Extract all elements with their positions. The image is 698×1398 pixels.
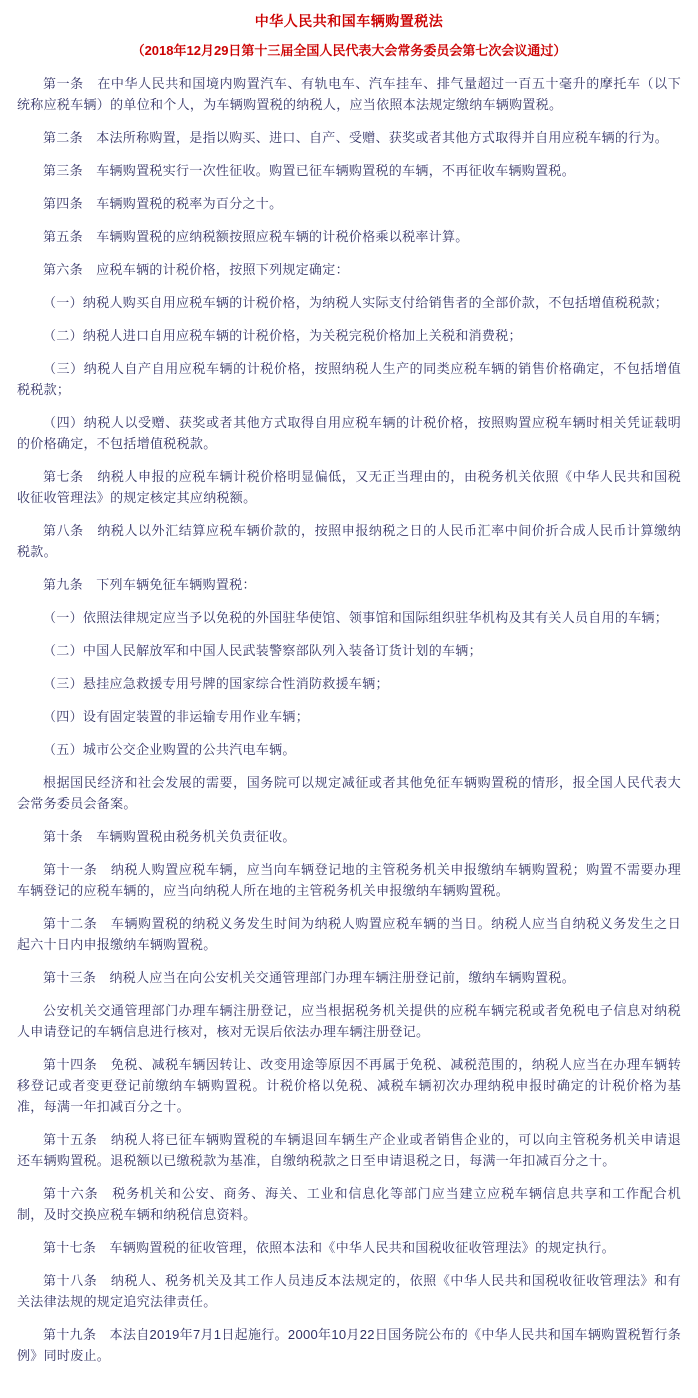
law-paragraph: （二）中国人民解放军和中国人民武装警察部队列入装备订货计划的车辆； [17, 640, 681, 661]
law-paragraph: （三）纳税人自产自用应税车辆的计税价格，按照纳税人生产的同类应税车辆的销售价格确… [17, 358, 681, 400]
law-paragraph: 第十八条 纳税人、税务机关及其工作人员违反本法规定的，依照《中华人民共和国税收征… [17, 1270, 681, 1312]
document-subtitle: （2018年12月29日第十三届全国人民代表大会常务委员会第七次会议通过） [17, 40, 681, 61]
law-paragraph: 第十一条 纳税人购置应税车辆，应当向车辆登记地的主管税务机关申报缴纳车辆购置税；… [17, 859, 681, 901]
law-paragraph: 第十九条 本法自2019年7月1日起施行。2000年10月22日国务院公布的《中… [17, 1324, 681, 1366]
law-paragraph: 第十七条 车辆购置税的征收管理，依照本法和《中华人民共和国税收征收管理法》的规定… [17, 1237, 681, 1258]
law-paragraph: 第三条 车辆购置税实行一次性征收。购置已征车辆购置税的车辆，不再征收车辆购置税。 [17, 160, 681, 181]
law-paragraph: 第一条 在中华人民共和国境内购置汽车、有轨电车、汽车挂车、排气量超过一百五十毫升… [17, 73, 681, 115]
law-paragraph: （一）依照法律规定应当予以免税的外国驻华使馆、领事馆和国际组织驻华机构及其有关人… [17, 607, 681, 628]
law-paragraph: 第十五条 纳税人将已征车辆购置税的车辆退回车辆生产企业或者销售企业的，可以向主管… [17, 1129, 681, 1171]
law-paragraph: （一）纳税人购买自用应税车辆的计税价格，为纳税人实际支付给销售者的全部价款，不包… [17, 292, 681, 313]
law-paragraph: 第十二条 车辆购置税的纳税义务发生时间为纳税人购置应税车辆的当日。纳税人应当自纳… [17, 913, 681, 955]
law-paragraph: 第十三条 纳税人应当在向公安机关交通管理部门办理车辆注册登记前，缴纳车辆购置税。 [17, 967, 681, 988]
law-paragraph: 第八条 纳税人以外汇结算应税车辆价款的，按照申报纳税之日的人民币汇率中间价折合成… [17, 520, 681, 562]
law-paragraph: 第十六条 税务机关和公安、商务、海关、工业和信息化等部门应当建立应税车辆信息共享… [17, 1183, 681, 1225]
law-paragraph: 第四条 车辆购置税的税率为百分之十。 [17, 193, 681, 214]
law-paragraph: 第二条 本法所称购置，是指以购买、进口、自产、受赠、获奖或者其他方式取得并自用应… [17, 127, 681, 148]
law-paragraph: 第六条 应税车辆的计税价格，按照下列规定确定： [17, 259, 681, 280]
law-paragraph: 第十四条 免税、减税车辆因转让、改变用途等原因不再属于免税、减税范围的，纳税人应… [17, 1054, 681, 1117]
law-document: 中华人民共和国车辆购置税法 （2018年12月29日第十三届全国人民代表大会常务… [0, 0, 698, 1398]
law-paragraph: 第九条 下列车辆免征车辆购置税： [17, 574, 681, 595]
law-paragraph: 公安机关交通管理部门办理车辆注册登记，应当根据税务机关提供的应税车辆完税或者免税… [17, 1000, 681, 1042]
law-paragraph: （二）纳税人进口自用应税车辆的计税价格，为关税完税价格加上关税和消费税； [17, 325, 681, 346]
law-paragraph: 根据国民经济和社会发展的需要，国务院可以规定减征或者其他免征车辆购置税的情形，报… [17, 772, 681, 814]
law-body: 第一条 在中华人民共和国境内购置汽车、有轨电车、汽车挂车、排气量超过一百五十毫升… [17, 73, 681, 1366]
law-paragraph: 第十条 车辆购置税由税务机关负责征收。 [17, 826, 681, 847]
law-paragraph: （四）纳税人以受赠、获奖或者其他方式取得自用应税车辆的计税价格，按照购置应税车辆… [17, 412, 681, 454]
law-paragraph: （四）设有固定装置的非运输专用作业车辆； [17, 706, 681, 727]
law-paragraph: 第五条 车辆购置税的应纳税额按照应税车辆的计税价格乘以税率计算。 [17, 226, 681, 247]
law-paragraph: （五）城市公交企业购置的公共汽电车辆。 [17, 739, 681, 760]
law-paragraph: 第七条 纳税人申报的应税车辆计税价格明显偏低，又无正当理由的，由税务机关依照《中… [17, 466, 681, 508]
law-paragraph: （三）悬挂应急救援专用号牌的国家综合性消防救援车辆； [17, 673, 681, 694]
document-title: 中华人民共和国车辆购置税法 [17, 11, 681, 32]
